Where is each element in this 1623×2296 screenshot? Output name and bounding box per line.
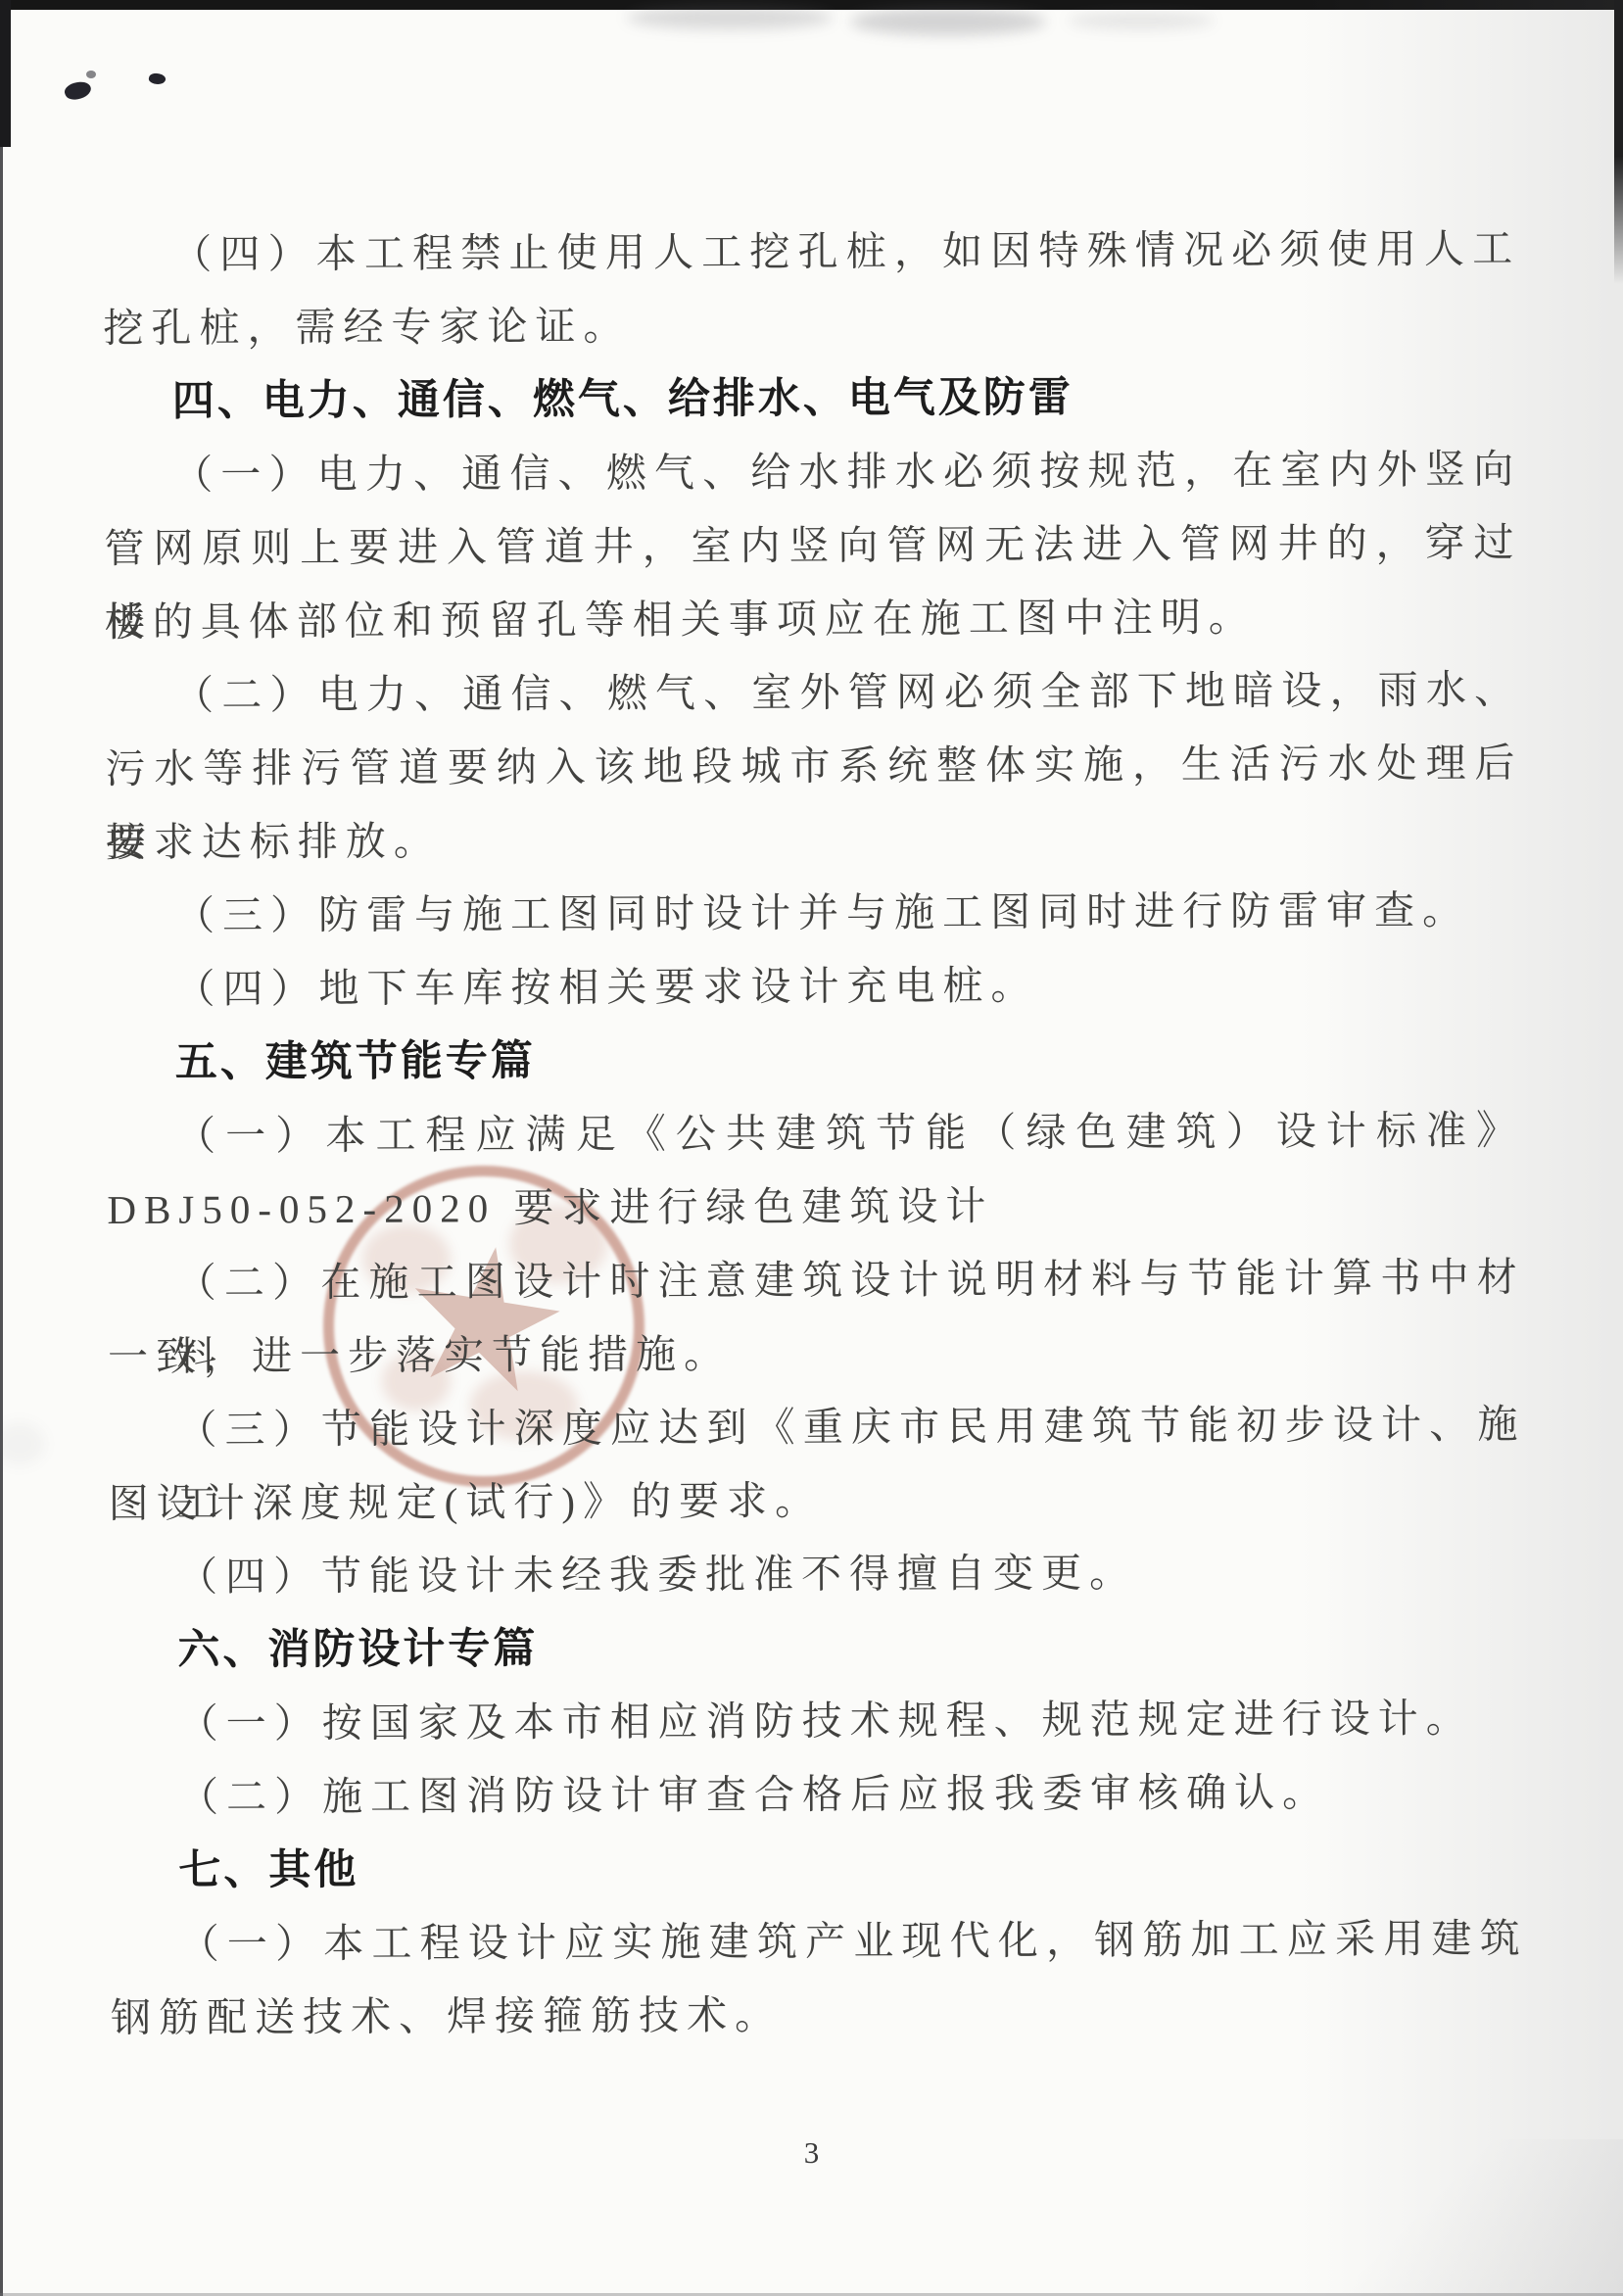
- section-heading: 四、电力、通信、燃气、给排水、电气及防雷: [104, 359, 1521, 439]
- text-line: 要求达标排放。: [106, 800, 1523, 880]
- text-line: DBJ50-052-2020 要求进行绿色建筑设计: [107, 1168, 1524, 1247]
- text-line: （一）本工程应满足《公共建筑节能（绿色建筑）设计标准》: [107, 1094, 1524, 1173]
- text-line: 板的具体部位和预留孔等相关事项应在施工图中注明。: [105, 580, 1522, 659]
- text-line: 挖孔桩，需经专家论证。: [103, 286, 1520, 365]
- text-line: （二）电力、通信、燃气、室外管网必须全部下地暗设，雨水、: [105, 653, 1522, 733]
- page-number: 3: [0, 2135, 1623, 2171]
- text-line: （四）地下车库按相关要求设计充电桩。: [106, 947, 1523, 1027]
- text-line: 污水等排污管道要纳入该地段城市系统整体实施，生活污水处理后按: [105, 727, 1522, 806]
- section-heading: 六、消防设计专篇: [109, 1608, 1526, 1688]
- text-line: （二）施工图消防设计审查合格后应报我委审核确认。: [110, 1755, 1527, 1835]
- scan-smudge: [850, 8, 1046, 35]
- section-heading: 七、其他: [110, 1829, 1527, 1908]
- scanned-document-page: （四）本工程禁止使用人工挖孔桩，如因特殊情况必须使用人工 挖孔桩，需经专家论证。…: [0, 0, 1623, 2296]
- section-heading: 五、建筑节能专篇: [107, 1021, 1524, 1100]
- text-line: （二）在施工图设计时注意建筑设计说明材料与节能计算书中材料: [108, 1241, 1525, 1320]
- scan-smudge: [0, 1422, 45, 1465]
- scan-smudge: [1068, 12, 1215, 29]
- text-line: （三）节能设计深度应达到《重庆市民用建筑节能初步设计、施工: [108, 1388, 1525, 1467]
- text-line: （四）本工程禁止使用人工挖孔桩，如因特殊情况必须使用人工: [103, 213, 1520, 292]
- text-line: 管网原则上要进入管道井，室内竖向管网无法进入管网井的，穿过楼: [104, 506, 1521, 586]
- text-line: （一）按国家及本市相应消防技术规程、规范规定进行设计。: [110, 1682, 1527, 1761]
- text-line: （四）节能设计未经我委批准不得擅自变更。: [109, 1535, 1526, 1614]
- ink-blot: [63, 78, 93, 103]
- text-line: 图设计深度规定(试行)》的要求。: [109, 1461, 1526, 1541]
- text-line: 钢筋配送技术、焊接箍筋技术。: [111, 1976, 1528, 2055]
- scan-edge-left: [0, 0, 3, 2296]
- text-line: （一）本工程设计应实施建筑产业现代化，钢筋加工应采用建筑: [111, 1902, 1528, 1982]
- scan-smudge: [627, 6, 833, 29]
- scan-corner-mark: [0, 0, 11, 147]
- text-line: （三）防雷与施工图同时设计并与施工图同时进行防雷审查。: [106, 874, 1523, 953]
- text-line: 一致，进一步落实节能措施。: [108, 1315, 1525, 1394]
- document-body: （四）本工程禁止使用人工挖孔桩，如因特殊情况必须使用人工 挖孔桩，需经专家论证。…: [103, 213, 1528, 2055]
- ink-blot: [148, 72, 167, 85]
- ink-blot: [86, 71, 96, 78]
- text-line: （一）电力、通信、燃气、给水排水必须按规范，在室内外竖向: [104, 433, 1521, 512]
